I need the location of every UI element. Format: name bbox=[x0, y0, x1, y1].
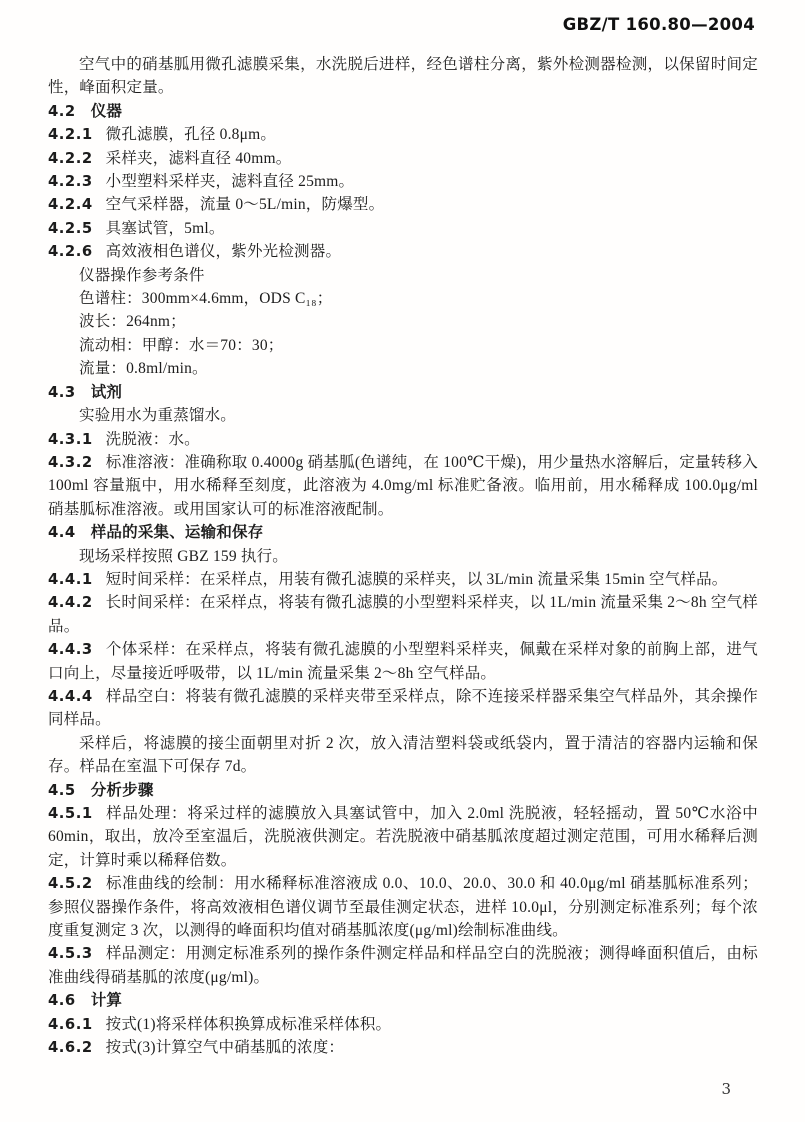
clause-paragraph: 4.6.2按式(3)计算空气中硝基胍的浓度： bbox=[48, 1036, 758, 1059]
clause-text: 具塞试管，5ml。 bbox=[106, 220, 225, 237]
body-paragraph-text: 实验用水为重蒸馏水。 bbox=[79, 407, 236, 424]
section-heading: 4.5分析步骤 bbox=[48, 779, 758, 802]
clause-number: 4.4.4 bbox=[48, 688, 93, 705]
section-number: 4.2 bbox=[48, 103, 76, 120]
section-heading: 4.2仪器 bbox=[48, 100, 758, 123]
section-title: 样品的采集、运输和保存 bbox=[91, 523, 264, 541]
clause-text: 按式(3)计算空气中硝基胍的浓度： bbox=[106, 1039, 344, 1056]
clause-number: 4.2.5 bbox=[48, 220, 93, 237]
spec-line: 波长：264nm； bbox=[79, 310, 758, 333]
clause-paragraph: 4.2.4空气采样器，流量 0～5L/min，防爆型。 bbox=[48, 193, 758, 216]
section-heading: 4.4样品的采集、运输和保存 bbox=[48, 521, 758, 544]
body-paragraph-text: 采样后，将滤膜的接尘面朝里对折 2 次，放入清洁塑料袋或纸袋内，置于清洁的容器内… bbox=[48, 735, 758, 775]
clause-number: 4.2.1 bbox=[48, 126, 93, 143]
clause-text: 样品处理：将采过样的滤膜放入具塞试管中，加入 2.0ml 洗脱液，轻轻摇动，置 … bbox=[48, 805, 758, 869]
clause-number: 4.2.2 bbox=[48, 150, 93, 167]
section-number: 4.4 bbox=[48, 524, 76, 541]
clause-paragraph: 4.4.2长时间采样：在采样点，将装有微孔滤膜的小型塑料采样夹，以 1L/min… bbox=[48, 591, 758, 638]
section-title: 仪器 bbox=[91, 102, 122, 120]
clause-text: 洗脱液：水。 bbox=[106, 431, 200, 448]
clause-number: 4.4.1 bbox=[48, 571, 93, 588]
standard-code-header: GBZ/T 160.80—2004 bbox=[563, 15, 755, 34]
clause-text: 短时间采样：在采样点，用装有微孔滤膜的采样夹，以 3L/min 流量采集 15m… bbox=[106, 571, 728, 588]
clause-number: 4.2.6 bbox=[48, 243, 93, 260]
clause-paragraph: 4.2.1微孔滤膜，孔径 0.8μm。 bbox=[48, 123, 758, 146]
section-title: 分析步骤 bbox=[91, 781, 154, 799]
clause-number: 4.6.1 bbox=[48, 1016, 93, 1033]
body-paragraph-text: 空气中的硝基胍用微孔滤膜采集，水洗脱后进样，经色谱柱分离，紫外检测器检测，以保留… bbox=[48, 56, 758, 96]
clause-paragraph: 4.5.1样品处理：将采过样的滤膜放入具塞试管中，加入 2.0ml 洗脱液，轻轻… bbox=[48, 802, 758, 872]
clause-paragraph: 4.2.6高效液相色谱仪，紫外光检测器。 bbox=[48, 240, 758, 263]
section-number: 4.6 bbox=[48, 992, 76, 1009]
document-body: 空气中的硝基胍用微孔滤膜采集，水洗脱后进样，经色谱柱分离，紫外检测器检测，以保留… bbox=[48, 53, 758, 1059]
body-paragraph: 空气中的硝基胍用微孔滤膜采集，水洗脱后进样，经色谱柱分离，紫外检测器检测，以保留… bbox=[48, 53, 758, 100]
page-number: 3 bbox=[721, 1080, 731, 1098]
clause-text: 按式(1)将采样体积换算成标准采样体积。 bbox=[106, 1016, 392, 1033]
clause-text: 空气采样器，流量 0～5L/min，防爆型。 bbox=[106, 196, 385, 213]
section-number: 4.3 bbox=[48, 384, 76, 401]
clause-paragraph: 4.2.3小型塑料采样夹，滤料直径 25mm。 bbox=[48, 170, 758, 193]
clause-paragraph: 4.6.1按式(1)将采样体积换算成标准采样体积。 bbox=[48, 1013, 758, 1036]
body-paragraph: 采样后，将滤膜的接尘面朝里对折 2 次，放入清洁塑料袋或纸袋内，置于清洁的容器内… bbox=[48, 732, 758, 779]
clause-text: 样品空白：将装有微孔滤膜的采样夹带至采样点，除不连接采样器采集空气样品外，其余操… bbox=[48, 688, 758, 728]
clause-number: 4.4.3 bbox=[48, 641, 93, 658]
section-title: 计算 bbox=[91, 991, 122, 1009]
clause-paragraph: 4.3.2标准溶液：准确称取 0.4000g 硝基胍(色谱纯，在 100℃干燥)… bbox=[48, 451, 758, 521]
clause-number: 4.2.3 bbox=[48, 173, 93, 190]
clause-text: 个体采样：在采样点，将装有微孔滤膜的小型塑料采样夹，佩戴在采样对象的前胸上部，进… bbox=[48, 641, 758, 681]
spec-line-text: 流量：0.8ml/min。 bbox=[79, 360, 208, 377]
spec-line-text: 仪器操作参考条件 bbox=[79, 267, 205, 284]
clause-paragraph: 4.4.3个体采样：在采样点，将装有微孔滤膜的小型塑料采样夹，佩戴在采样对象的前… bbox=[48, 638, 758, 685]
clause-text: 标准溶液：准确称取 0.4000g 硝基胍(色谱纯，在 100℃干燥)，用少量热… bbox=[48, 454, 758, 518]
clause-paragraph: 4.2.5具塞试管，5ml。 bbox=[48, 217, 758, 240]
clause-number: 4.5.1 bbox=[48, 805, 93, 822]
spec-line-text: 波长：264nm； bbox=[79, 313, 186, 330]
spec-line: 色谱柱：300mm×4.6mm，ODS C₁₈； bbox=[79, 287, 758, 310]
spec-line: 流量：0.8ml/min。 bbox=[79, 357, 758, 380]
spec-line: 仪器操作参考条件 bbox=[79, 264, 758, 287]
clause-paragraph: 4.4.4样品空白：将装有微孔滤膜的采样夹带至采样点，除不连接采样器采集空气样品… bbox=[48, 685, 758, 732]
clause-number: 4.6.2 bbox=[48, 1039, 93, 1056]
spec-line: 流动相：甲醇：水＝70：30； bbox=[79, 334, 758, 357]
clause-text: 高效液相色谱仪，紫外光检测器。 bbox=[106, 243, 342, 260]
spec-line-text: 色谱柱：300mm×4.6mm，ODS C₁₈； bbox=[79, 290, 332, 307]
section-number: 4.5 bbox=[48, 782, 76, 799]
clause-number: 4.3.1 bbox=[48, 431, 93, 448]
clause-number: 4.2.4 bbox=[48, 196, 93, 213]
clause-number: 4.5.3 bbox=[48, 945, 93, 962]
clause-text: 标准曲线的绘制：用水稀释标准溶液成 0.0、10.0、20.0、30.0 和 4… bbox=[48, 875, 758, 939]
section-title: 试剂 bbox=[91, 383, 122, 401]
spec-line-text: 流动相：甲醇：水＝70：30； bbox=[79, 337, 284, 354]
clause-paragraph: 4.5.3样品测定：用测定标准系列的操作条件测定样品和样品空白的洗脱液；测得峰面… bbox=[48, 942, 758, 989]
clause-number: 4.4.2 bbox=[48, 594, 93, 611]
document-page: GBZ/T 160.80—2004 空气中的硝基胍用微孔滤膜采集，水洗脱后进样，… bbox=[0, 0, 805, 1122]
clause-text: 样品测定：用测定标准系列的操作条件测定样品和样品空白的洗脱液；测得峰面积值后，由… bbox=[48, 945, 758, 985]
clause-paragraph: 4.5.2标准曲线的绘制：用水稀释标准溶液成 0.0、10.0、20.0、30.… bbox=[48, 872, 758, 942]
body-paragraph-text: 现场采样按照 GBZ 159 执行。 bbox=[79, 548, 288, 565]
section-heading: 4.3试剂 bbox=[48, 381, 758, 404]
body-paragraph: 现场采样按照 GBZ 159 执行。 bbox=[48, 545, 758, 568]
clause-paragraph: 4.3.1洗脱液：水。 bbox=[48, 428, 758, 451]
clause-number: 4.5.2 bbox=[48, 875, 93, 892]
clause-paragraph: 4.4.1短时间采样：在采样点，用装有微孔滤膜的采样夹，以 3L/min 流量采… bbox=[48, 568, 758, 591]
body-paragraph: 实验用水为重蒸馏水。 bbox=[48, 404, 758, 427]
clause-text: 长时间采样：在采样点，将装有微孔滤膜的小型塑料采样夹，以 1L/min 流量采集… bbox=[48, 594, 758, 634]
clause-text: 采样夹，滤料直径 40mm。 bbox=[106, 150, 292, 167]
clause-paragraph: 4.2.2采样夹，滤料直径 40mm。 bbox=[48, 147, 758, 170]
clause-text: 微孔滤膜，孔径 0.8μm。 bbox=[106, 126, 276, 143]
section-heading: 4.6计算 bbox=[48, 989, 758, 1012]
clause-number: 4.3.2 bbox=[48, 454, 93, 471]
clause-text: 小型塑料采样夹，滤料直径 25mm。 bbox=[106, 173, 355, 190]
